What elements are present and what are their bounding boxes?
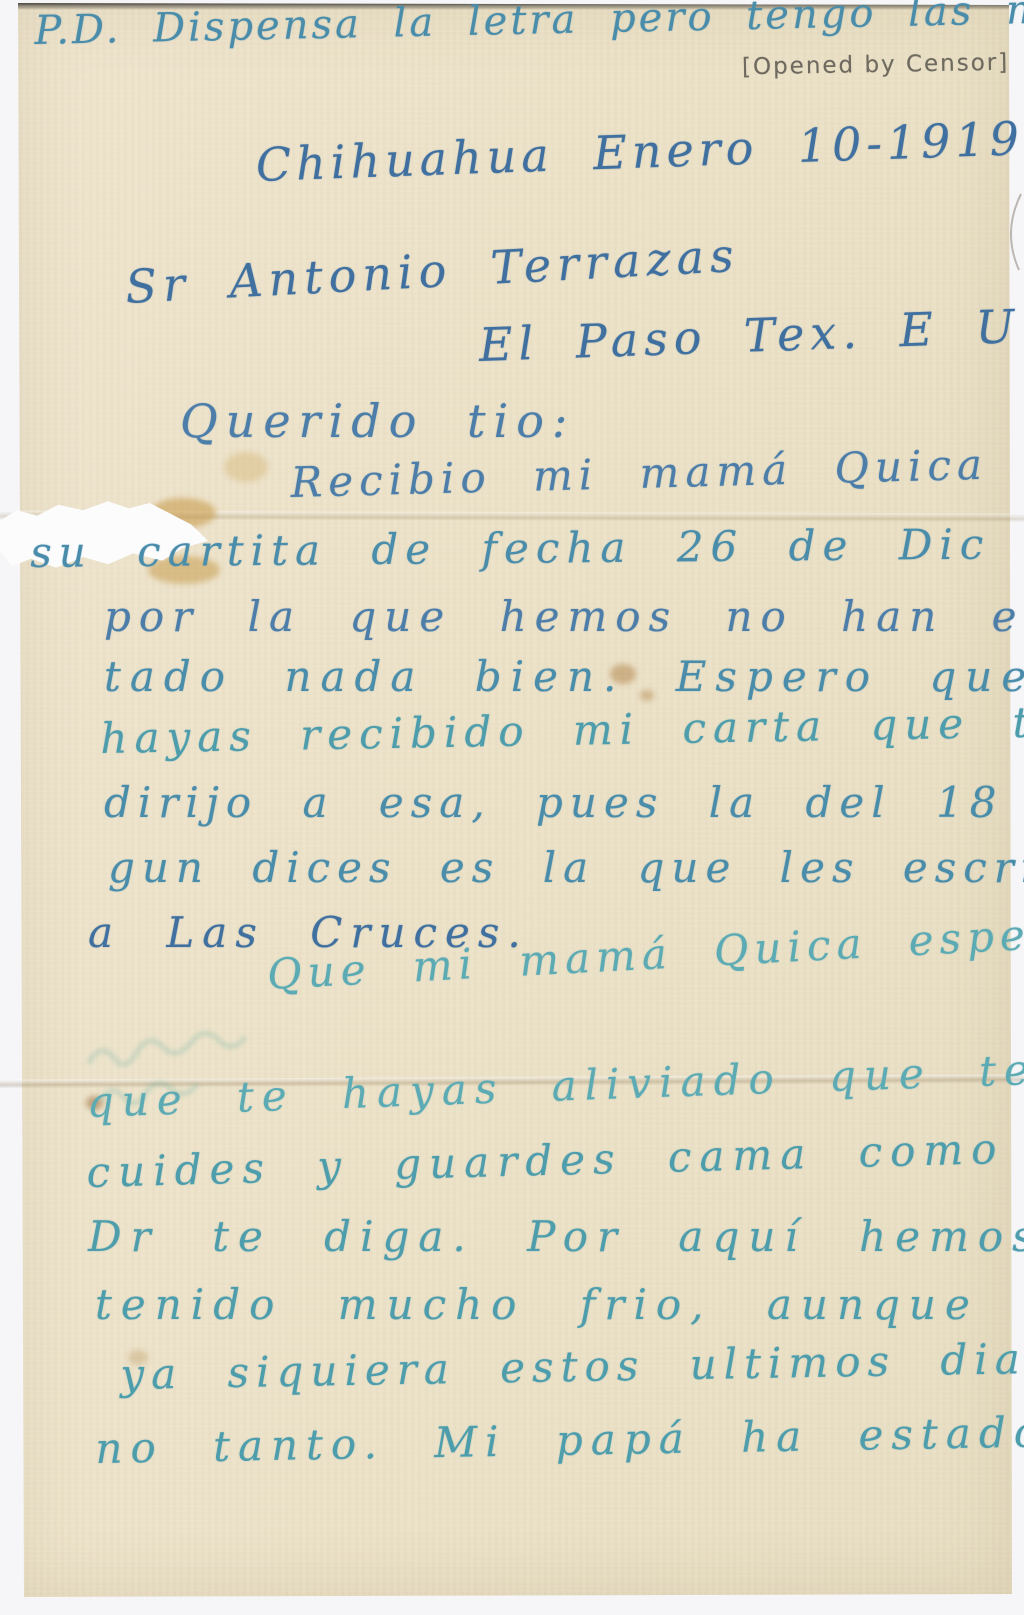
letter-line-3: por la que hemos no han es- (104, 592, 1024, 641)
censor-stamp: [Opened by Censor] (742, 50, 1010, 81)
letter-line-4: tado nada bien. Espero que (104, 652, 1024, 701)
letter-line-12: Dr te diga. Por aquí hemos (88, 1212, 1024, 1261)
scanned-letter-page: P.D. Dispensa la letra pero tengo las ma… (0, 0, 1024, 1615)
letter-line-2: su cartita de fecha 26 de Dic (30, 520, 991, 577)
letter-line-7: gun dices es la que les escribi (108, 843, 1024, 892)
letter-line-6: dirijo a esa, pues la del 18 se- (104, 778, 1024, 827)
letter-line-13: tenido mucho frio, aunque (95, 1280, 979, 1329)
salutation: Querido tio: (180, 394, 575, 448)
